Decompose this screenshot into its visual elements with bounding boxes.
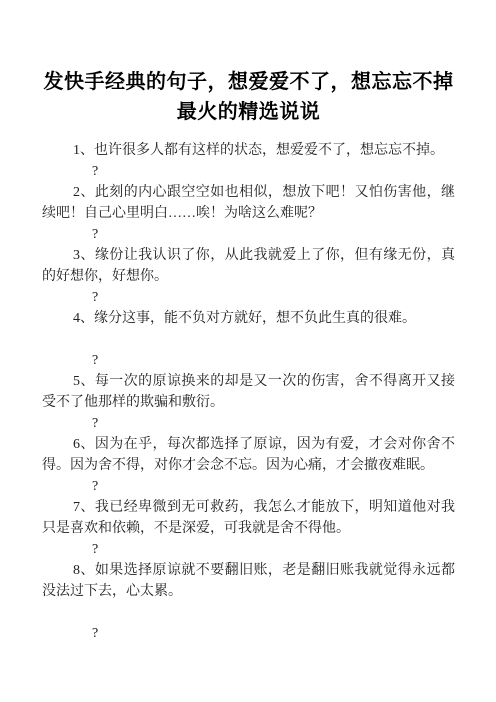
quote-paragraph-7: 7、我已经卑微到无可救药，我怎么才能放下，明知道他对我只是喜欢和依赖，不是深爱，…	[42, 497, 455, 539]
quote-paragraph-5: 5、每一次的原谅换来的却是又一次的伤害，舍不得离开又接受不了他那样的欺骗和敷衍。	[42, 371, 455, 413]
question-mark-line: ?	[42, 224, 455, 245]
question-mark-line: ?	[42, 161, 455, 182]
document-title: 发快手经典的句子，想爱爱不了，想忘忘不掉最火的精选说说	[42, 67, 455, 127]
question-mark-line: ?	[42, 350, 455, 371]
quote-paragraph-2: 2、此刻的内心跟空空如也相似，想放下吧！又怕伤害他，继续吧！自己心里明白……唉！…	[42, 182, 455, 224]
question-mark-line: ?	[42, 539, 455, 560]
question-mark-line: ?	[42, 476, 455, 497]
quote-paragraph-8: 8、如果选择原谅就不要翻旧账，老是翻旧账我就觉得永远都没法过下去，心太累。	[42, 560, 455, 602]
quote-paragraph-1: 1、也许很多人都有这样的状态，想爱爱不了，想忘忘不掉。	[42, 140, 455, 161]
document-page: 发快手经典的句子，想爱爱不了，想忘忘不掉最火的精选说说 1、也许很多人都有这样的…	[0, 0, 496, 702]
question-mark-line: ?	[42, 287, 455, 308]
quote-paragraph-3: 3、缘份让我认识了你，从此我就爱上了你，但有缘无份，真的好想你，好想你。	[42, 245, 455, 287]
blank-line	[42, 602, 455, 623]
quote-paragraph-4: 4、缘分这事，能不负对方就好，想不负此生真的很难。	[42, 308, 455, 329]
question-mark-line: ?	[42, 413, 455, 434]
quote-paragraph-6: 6、因为在乎，每次都选择了原谅，因为有爱，才会对你舍不得。因为舍不得，对你才会念…	[42, 434, 455, 476]
question-mark-line: ?	[42, 623, 455, 644]
blank-line	[42, 329, 455, 350]
